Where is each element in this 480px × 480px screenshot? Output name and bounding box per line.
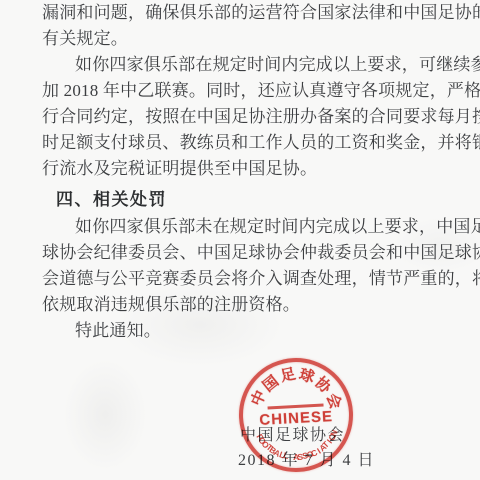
text-line: 如你四家俱乐部在规定时间内完成以上要求，可继续参 xyxy=(42,52,457,78)
closing-line: 特此通知。 xyxy=(42,318,457,344)
section-heading: 四、相关处罚 xyxy=(42,187,457,213)
text-line: 漏洞和问题，确保俱乐部的运营符合国家法律和中国足协的 xyxy=(42,0,457,26)
document-page: 漏洞和问题，确保俱乐部的运营符合国家法律和中国足协的 有关规定。 如你四家俱乐部… xyxy=(0,0,480,480)
text-line: 依规取消违规俱乐部的注册资格。 xyxy=(42,292,457,318)
text-line: 如你四家俱乐部未在规定时间内完成以上要求，中国足 xyxy=(42,214,457,240)
body-text: 漏洞和问题，确保俱乐部的运营符合国家法律和中国足协的 有关规定。 如你四家俱乐部… xyxy=(42,0,457,344)
text-line: 加 2018 年中乙联赛。同时，还应认真遵守各项规定，严格履 xyxy=(42,78,457,104)
text-line: 有关规定。 xyxy=(42,26,457,52)
text-line: 会道德与公平竞赛委员会将介入调查处理，情节严重的，将 xyxy=(42,266,457,292)
text-line: 球协会纪律委员会、中国足球协会仲裁委员会和中国足球协 xyxy=(42,240,457,266)
official-seal: 中国足球协会 CHINESE FOOTBALL ASSOCIATION xyxy=(235,354,357,476)
text-line: 时足额支付球员、教练员和工作人员的工资和奖金，并将银 xyxy=(42,130,457,156)
text-line: 行合同约定，按照在中国足协注册办备案的合同要求每月按 xyxy=(42,104,457,130)
text-line: 行流水及完税证明提供至中国足协。 xyxy=(42,156,457,182)
